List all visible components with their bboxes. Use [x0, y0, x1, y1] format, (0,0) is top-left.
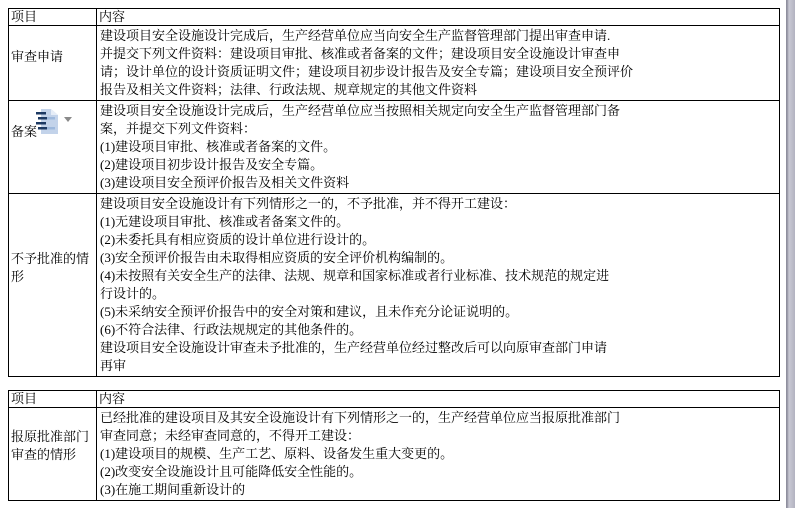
table-row: 报原批准部门审查的情形 已经批准的建设项目及其安全设施设计有下列情形之一的，生产…	[9, 408, 780, 501]
row-content-disapproval-cases: 建设项目安全设施设计有下列情形之一的，不予批准，并不得开工建设： (1)无建设项…	[97, 194, 780, 377]
header-cell-project: 项目	[9, 391, 97, 408]
table-header-row: 项目 内容	[9, 9, 780, 26]
vertical-scrollbar[interactable]	[786, 0, 795, 508]
header-cell-content: 内容	[97, 391, 780, 408]
row-content-review-application: 建设项目安全设施设计完成后，生产经营单位应当向安全生产监督管理部门提出审查申请.…	[97, 26, 780, 101]
row-label-reapproval-cases: 报原批准部门审查的情形	[9, 408, 97, 501]
header-cell-content: 内容	[97, 9, 780, 26]
row-content-reapproval-cases: 已经批准的建设项目及其安全设施设计有下列情形之一的，生产经营单位应当报原批准部门…	[97, 408, 780, 501]
document-page: 项目 内容 审查申请 建设项目安全设施设计完成后，生产经营单位应当向安全生产监督…	[0, 0, 795, 508]
table-row: 审查申请 建设项目安全设施设计完成后，生产经营单位应当向安全生产监督管理部门提出…	[9, 26, 780, 101]
table-header-row: 项目 内容	[9, 391, 780, 408]
table-row: 不予批准的情形 建设项目安全设施设计有下列情形之一的，不予批准，并不得开工建设：…	[9, 194, 780, 377]
row-content-filing: 建设项目安全设施设计完成后，生产经营单位应当按照相关规定向安全生产监督管理部门备…	[97, 101, 780, 194]
header-cell-project: 项目	[9, 9, 97, 26]
row-label-review-application: 审查申请	[9, 26, 97, 101]
table-row: 备案 建设项目安全设施设计完成后，生产经营单位应当按照相关规定向安全生产监督管理…	[9, 101, 780, 194]
reapproval-cases-table: 项目 内容 报原批准部门审查的情形 已经批准的建设项目及其安全设施设计有下列情形…	[8, 390, 780, 501]
chevron-down-icon[interactable]	[64, 117, 72, 122]
paste-options-button[interactable]	[36, 108, 76, 136]
row-label-disapproval-cases: 不予批准的情形	[9, 194, 97, 377]
safety-design-review-table: 项目 内容 审查申请 建设项目安全设施设计完成后，生产经营单位应当向安全生产监督…	[8, 8, 780, 377]
paste-options-icon	[36, 108, 60, 135]
